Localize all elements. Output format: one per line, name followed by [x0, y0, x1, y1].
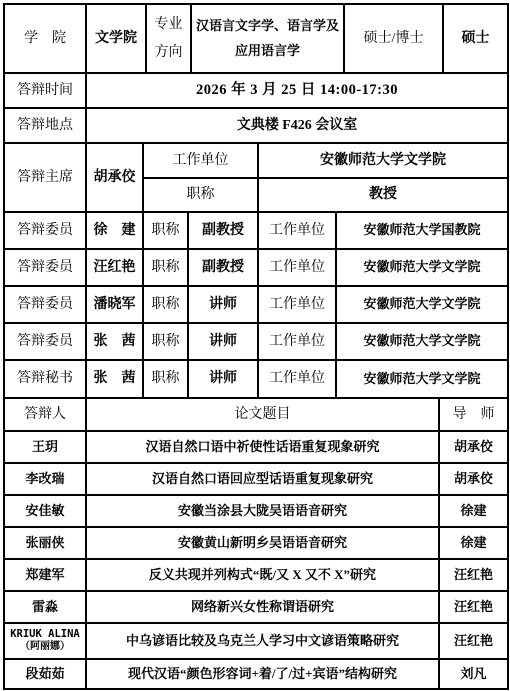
student-row: 王玥 汉语自然口语中祈使性话语重复现象研究 胡承佼: [4, 431, 508, 463]
header-row: 学 院 文学院 专业方向 汉语言文字学、语言学及应用语言学 硕士/博士 硕士: [4, 4, 508, 73]
defense-venue-label: 答辩地点: [4, 108, 86, 143]
advisor-name: 胡承佼: [439, 463, 508, 495]
student-row: 雷淼 网络新兴女性称谓语研究 汪红艳: [4, 591, 508, 623]
degree-type-value: 硕士: [443, 4, 508, 73]
defense-chair-name: 胡承佼: [86, 143, 143, 212]
chair-title-value: 教授: [258, 178, 508, 212]
student-name: 段茹茹: [4, 659, 86, 689]
college-label: 学 院: [4, 4, 86, 73]
advisor-column-header: 导 师: [439, 398, 508, 431]
degree-type-label: 硕士/博士: [344, 4, 443, 73]
advisor-name: 汪红艳: [439, 559, 508, 591]
chair-unit-label: 工作单位: [143, 143, 258, 178]
advisor-name: 徐建: [439, 527, 508, 559]
member-name: 潘晓军: [86, 286, 143, 323]
member-name: 汪红艳: [86, 249, 143, 286]
defense-time-row: 答辩时间 2026 年 3 月 25 日 14:00-17:30: [4, 73, 508, 108]
secretary-title-label: 职称: [143, 360, 188, 398]
student-row: 郑建军 反义共现并列构式“既/又 X 又不 X”研究 汪红艳: [4, 559, 508, 591]
member-title-value: 副教授: [188, 212, 258, 249]
secretary-name: 张 茜: [86, 360, 143, 398]
student-name: 安佳敏: [4, 495, 86, 527]
chair-unit-value: 安徽师范大学文学院: [258, 143, 508, 178]
thesis-title: 汉语自然口语回应型话语重复现象研究: [86, 463, 439, 495]
member-title-value: 副教授: [188, 249, 258, 286]
student-name: 雷淼: [4, 591, 86, 623]
student-row: 张丽侠 安徽黄山新明乡吴语语音研究 徐建: [4, 527, 508, 559]
committee-secretary-row: 答辩秘书 张 茜 职称 讲师 工作单位 安徽师范大学文学院: [4, 360, 508, 398]
student-name: 郑建军: [4, 559, 86, 591]
chair-title-label: 职称: [143, 178, 258, 212]
students-header-row: 答辩人 论文题目 导 师: [4, 398, 508, 431]
member-role-label: 答辩委员: [4, 286, 86, 323]
advisor-name: 汪红艳: [439, 591, 508, 623]
college-value: 文学院: [86, 4, 146, 73]
thesis-title: 安徽当涂县大陇吴语语音研究: [86, 495, 439, 527]
student-name: 王玥: [4, 431, 86, 463]
student-latin-name: KRIUK ALINA: [10, 628, 80, 641]
thesis-title: 网络新兴女性称谓语研究: [86, 591, 439, 623]
thesis-title: 现代汉语“颜色形容词+着/了/过+宾语”结构研究: [86, 659, 439, 689]
student-row: 安佳敏 安徽当涂县大陇吴语语音研究 徐建: [4, 495, 508, 527]
student-name: KRIUK ALINA （阿丽娜）: [4, 623, 86, 659]
member-unit-value: 安徽师范大学国教院: [336, 212, 508, 249]
defense-schedule-table: 学 院 文学院 专业方向 汉语言文字学、语言学及应用语言学 硕士/博士 硕士 答…: [3, 3, 509, 690]
student-name: 张丽侠: [4, 527, 86, 559]
committee-member-row: 答辩委员 张 茜 职称 讲师 工作单位 安徽师范大学文学院: [4, 323, 508, 360]
defense-chair-section: 答辩主席 胡承佼 工作单位 安徽师范大学文学院 职称 教授: [4, 143, 508, 212]
thesis-column-header: 论文题目: [86, 398, 439, 431]
thesis-title: 反义共现并列构式“既/又 X 又不 X”研究: [86, 559, 439, 591]
defense-venue-row: 答辩地点 文典楼 F426 会议室: [4, 108, 508, 143]
major-direction-value: 汉语言文字学、语言学及应用语言学: [191, 4, 344, 73]
advisor-name: 汪红艳: [439, 623, 508, 659]
member-role-label: 答辩委员: [4, 249, 86, 286]
member-role-label: 答辩委员: [4, 212, 86, 249]
defense-time-value: 2026 年 3 月 25 日 14:00-17:30: [86, 73, 508, 108]
secretary-role-label: 答辩秘书: [4, 360, 86, 398]
member-name: 张 茜: [86, 323, 143, 360]
advisor-name: 胡承佼: [439, 431, 508, 463]
student-chinese-name: （阿丽娜）: [20, 641, 70, 654]
member-title-value: 讲师: [188, 323, 258, 360]
defender-column-header: 答辩人: [4, 398, 86, 431]
member-role-label: 答辩委员: [4, 323, 86, 360]
defense-chair-label: 答辩主席: [4, 143, 86, 212]
thesis-title: 中乌谚语比较及乌克兰人学习中文谚语策略研究: [86, 623, 439, 659]
secretary-title-value: 讲师: [188, 360, 258, 398]
member-unit-label: 工作单位: [258, 323, 336, 360]
student-row: 段茹茹 现代汉语“颜色形容词+着/了/过+宾语”结构研究 刘凡: [4, 659, 508, 689]
thesis-title: 汉语自然口语中祈使性话语重复现象研究: [86, 431, 439, 463]
secretary-unit-label: 工作单位: [258, 360, 336, 398]
member-unit-value: 安徽师范大学文学院: [336, 323, 508, 360]
defense-time-label: 答辩时间: [4, 73, 86, 108]
member-unit-label: 工作单位: [258, 212, 336, 249]
member-unit-label: 工作单位: [258, 249, 336, 286]
member-title-label: 职称: [143, 323, 188, 360]
member-unit-value: 安徽师范大学文学院: [336, 286, 508, 323]
defense-venue-value: 文典楼 F426 会议室: [86, 108, 508, 143]
thesis-title: 安徽黄山新明乡吴语语音研究: [86, 527, 439, 559]
committee-member-row: 答辩委员 徐 建 职称 副教授 工作单位 安徽师范大学国教院: [4, 212, 508, 249]
student-row: KRIUK ALINA （阿丽娜） 中乌谚语比较及乌克兰人学习中文谚语策略研究 …: [4, 623, 508, 659]
committee-member-row: 答辩委员 潘晓军 职称 讲师 工作单位 安徽师范大学文学院: [4, 286, 508, 323]
member-unit-label: 工作单位: [258, 286, 336, 323]
advisor-name: 徐建: [439, 495, 508, 527]
committee-member-row: 答辩委员 汪红艳 职称 副教授 工作单位 安徽师范大学文学院: [4, 249, 508, 286]
major-direction-label: 专业方向: [146, 4, 191, 73]
member-title-label: 职称: [143, 249, 188, 286]
advisor-name: 刘凡: [439, 659, 508, 689]
member-title-label: 职称: [143, 212, 188, 249]
secretary-unit-value: 安徽师范大学文学院: [336, 360, 508, 398]
member-name: 徐 建: [86, 212, 143, 249]
member-title-label: 职称: [143, 286, 188, 323]
student-name: 李改瑞: [4, 463, 86, 495]
member-unit-value: 安徽师范大学文学院: [336, 249, 508, 286]
student-row: 李改瑞 汉语自然口语回应型话语重复现象研究 胡承佼: [4, 463, 508, 495]
member-title-value: 讲师: [188, 286, 258, 323]
